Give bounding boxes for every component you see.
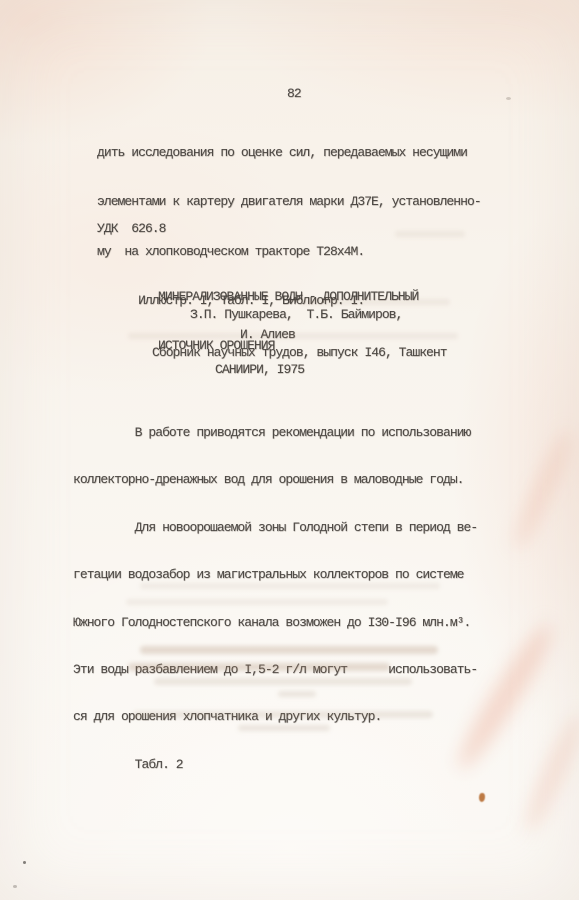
bleedthrough-ghost-line (395, 231, 465, 237)
rust-speck (479, 793, 485, 802)
text-line: Южного Голодностепского канала возможен … (73, 614, 477, 631)
stain-streak (518, 710, 579, 837)
text-line: В работе приводятся рекомендации по испо… (73, 424, 477, 441)
page-number: 82 (287, 86, 301, 101)
bleedthrough-ghost-line (133, 711, 433, 718)
bleedthrough-ghost-line (128, 663, 390, 671)
stain-streak (508, 427, 577, 553)
dust-speck (506, 97, 511, 100)
text-line: Табл. 2 (73, 756, 477, 773)
source-line: САНИИРИ, I975 (215, 362, 304, 377)
text-line: элементами к картеру двигателя марки Д37… (97, 192, 481, 211)
bleedthrough-ghost-line (300, 299, 450, 305)
bleedthrough-ghost-line (154, 678, 412, 685)
bleedthrough-ghost-line (278, 691, 316, 697)
authors-line: З.П. Пушкарева, Т.Б. Баймиров, (190, 307, 402, 322)
bleedthrough-ghost-line (238, 725, 330, 731)
text-line: коллекторно-дренажных вод для орошения в… (73, 471, 477, 488)
text-line: дить исследования по оценке сил, передав… (97, 143, 481, 162)
text-line: Для новоорошаемой зоны Голодной степи в … (73, 519, 477, 536)
bleedthrough-ghost-line (140, 583, 440, 589)
bleedthrough-ghost-line (128, 333, 458, 339)
dust-speck (23, 861, 26, 864)
text-line: гетации водозабор из магистральных колле… (73, 566, 477, 583)
dust-speck (13, 885, 17, 888)
bleedthrough-ghost-line (140, 646, 438, 654)
source-line: Сборник научных трудов, выпуск I46, Ташк… (152, 345, 447, 360)
scanned-page: 82 дить исследования по оценке сил, пере… (0, 0, 579, 900)
udc-code: УДК 626.8 (97, 221, 166, 236)
bleedthrough-ghost-line (126, 599, 388, 605)
